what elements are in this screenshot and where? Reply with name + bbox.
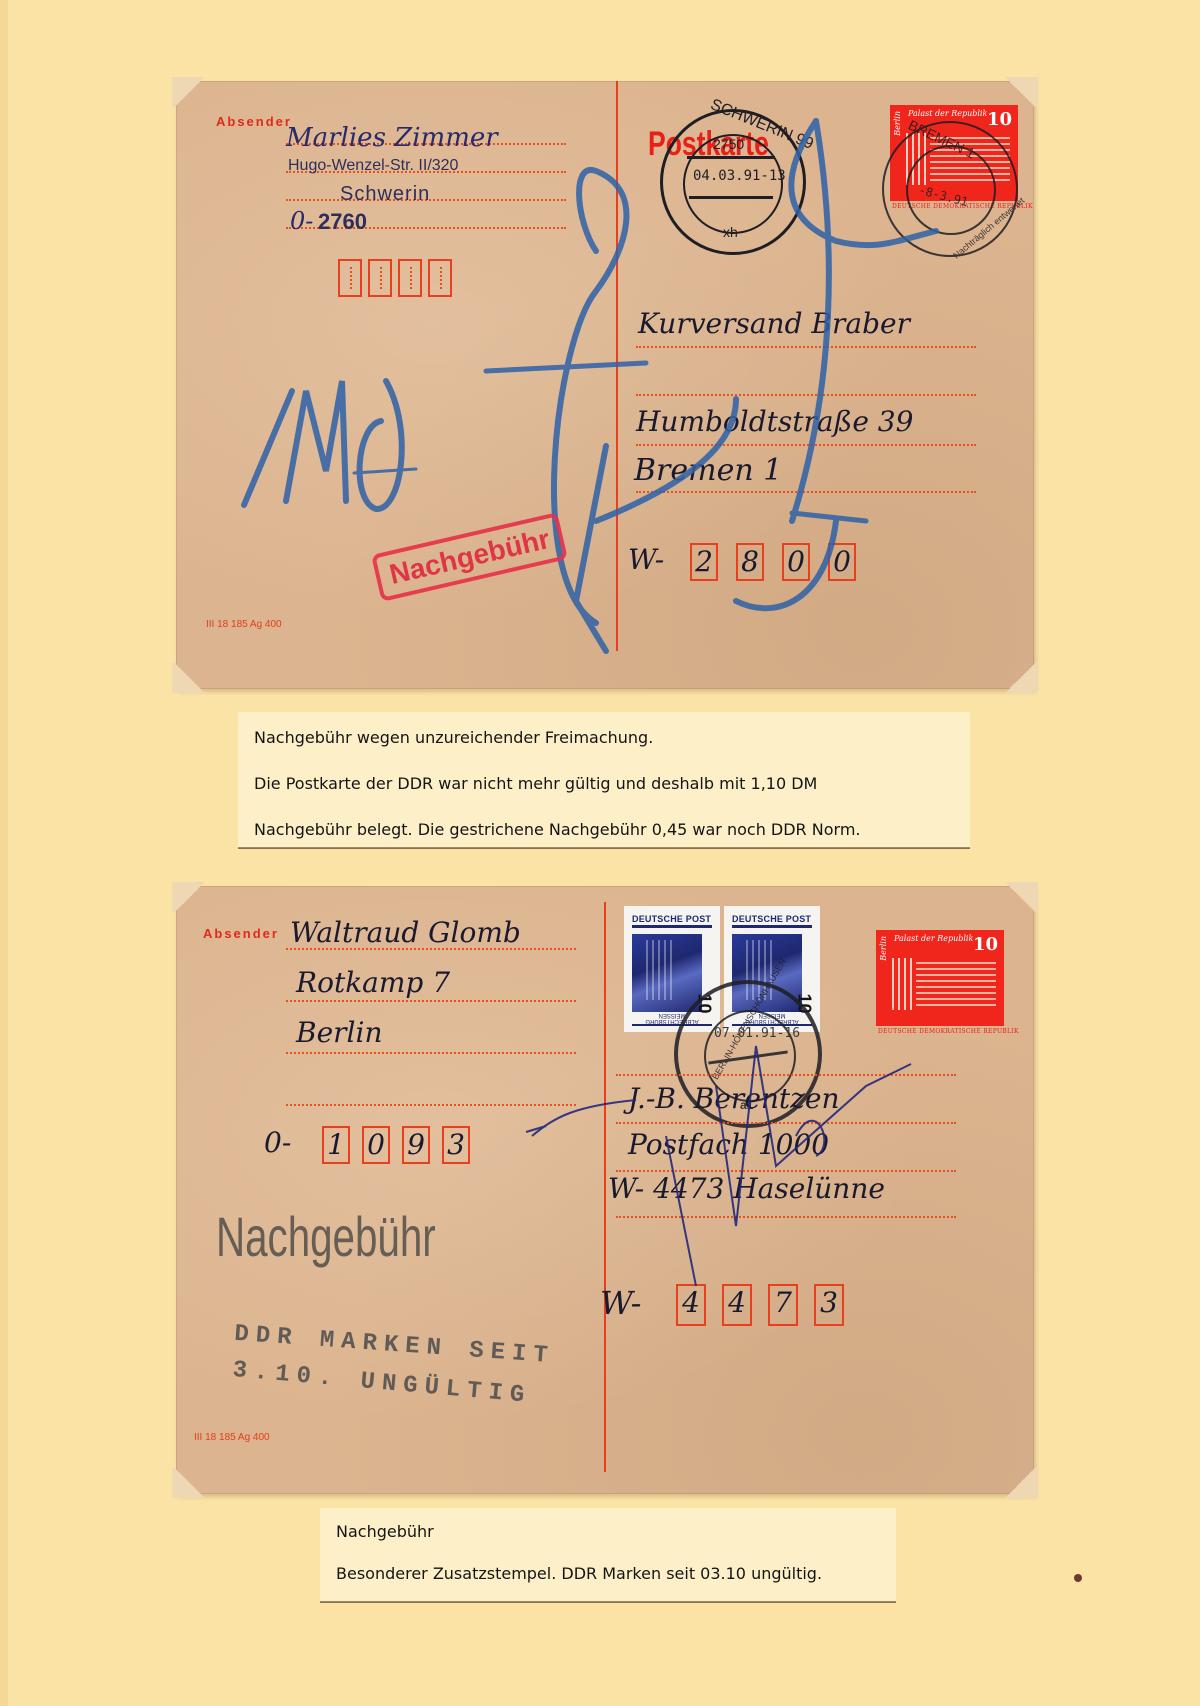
print-code: III 18 185 Ag 400	[206, 619, 282, 630]
page-edge	[0, 0, 8, 1706]
caption-card-2: Nachgebühr Besonderer Zusatzstempel. DDR…	[320, 1508, 896, 1602]
blue-crayon-postage-due-marks	[176, 81, 1034, 689]
page-spot	[1074, 1574, 1082, 1582]
caption-line: Nachgebühr wegen unzureichender Freimach…	[254, 728, 653, 747]
caption-card-1: Nachgebühr wegen unzureichender Freimach…	[238, 712, 970, 848]
caption-line: Besonderer Zusatzstempel. DDR Marken sei…	[336, 1564, 822, 1583]
postcard-1: Absender Marlies Zimmer Hugo-Wenzel-Str.…	[176, 81, 1034, 689]
caption-line: Die Postkarte der DDR war nicht mehr gül…	[254, 774, 817, 793]
caption-line: Nachgebühr	[336, 1522, 434, 1541]
caption-line: Nachgebühr belegt. Die gestrichene Nachg…	[254, 820, 860, 839]
blue-pen-strike-marks	[176, 886, 1034, 1494]
postcard-2: Absender Waltraud Glomb Rotkamp 7 Berlin…	[176, 886, 1034, 1494]
